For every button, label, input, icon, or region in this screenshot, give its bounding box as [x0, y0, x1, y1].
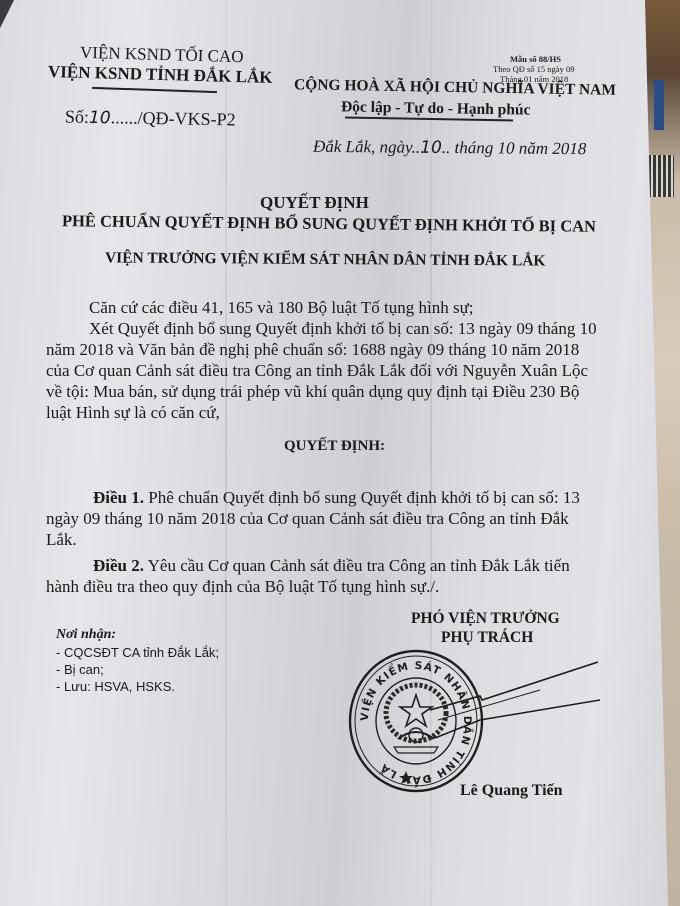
recipient-item: - CQCSĐT CA tỉnh Đắk Lắk; — [56, 645, 219, 660]
place-date-prefix: Đắk Lắk, ngày.. — [313, 137, 420, 157]
article-label: Điều 2. — [93, 556, 144, 575]
article-line: ngày 09 tháng 10 năm 2018 của Cơ quan Cả… — [46, 509, 569, 529]
article-text: Phê chuẩn Quyết định bổ sung Quyết định … — [144, 488, 580, 507]
decision-heading: QUYẾT ĐỊNH: — [284, 438, 385, 455]
document-page: VIỆN KSND TỐI CAO VIỆN KSND TỈNH ĐẮK LẮK… — [0, 0, 668, 906]
background-qr-code — [648, 155, 674, 197]
issuing-authority: VIỆN TRƯỞNG VIỆN KIỂM SÁT NHÂN DÂN TỈNH … — [105, 249, 546, 270]
preamble-line: của Cơ quan Cảnh sát điều tra Công an tỉ… — [46, 361, 588, 381]
number-handwritten: 10 — [89, 108, 111, 128]
preamble-line: Căn cứ các điều 41, 165 và 180 Bộ luật T… — [89, 298, 474, 318]
article-label: Điều 1. — [93, 488, 144, 507]
document-subtitle: PHÊ CHUẨN QUYẾT ĐỊNH BỔ SUNG QUYẾT ĐỊNH … — [62, 211, 596, 237]
article-line: Lắk. — [46, 530, 77, 550]
place-date: Đắk Lắk, ngày..10.. tháng 10 năm 2018 — [313, 137, 586, 159]
recipient-item: - Bị can; — [56, 662, 104, 677]
preamble-line: luật Hình sự là có căn cứ, — [46, 403, 220, 423]
number-prefix: Số: — [65, 107, 89, 127]
agency-underline — [92, 87, 217, 93]
signer-title: PHÓ VIỆN TRƯỞNG — [411, 610, 560, 628]
form-code: Mẫu số 88/HS — [510, 54, 561, 64]
background-object — [654, 80, 664, 130]
recipients-title: Nơi nhận: — [56, 627, 116, 643]
article-text: Yêu cầu Cơ quan Cảnh sát điều tra Công a… — [144, 556, 570, 575]
article-line: hành điều tra theo quy định của Bộ luật … — [46, 577, 439, 597]
place-date-suffix: .. tháng 10 năm 2018 — [442, 138, 587, 158]
preamble-line: về tội: Mua bán, sử dụng trái phép vũ kh… — [46, 382, 579, 402]
article-2: Điều 2. Yêu cầu Cơ quan Cảnh sát điều tr… — [93, 556, 570, 576]
document-title: QUYẾT ĐỊNH — [260, 193, 369, 213]
signer-name: Lê Quang Tiến — [460, 782, 563, 800]
document-number: Số:10....../QĐ-VKS-P2 — [65, 107, 236, 131]
form-reference: Theo QĐ số 15 ngày 09 — [493, 64, 574, 74]
article-1: Điều 1. Phê chuẩn Quyết định bổ sung Quy… — [93, 488, 580, 508]
preamble-line: Xét Quyết định bổ sung Quyết định khởi t… — [89, 319, 597, 339]
handwritten-signature — [420, 640, 600, 750]
place-date-day: 10 — [420, 138, 442, 158]
paper-fold — [225, 0, 227, 906]
preamble-line: năm 2018 và Văn bản đề nghị phê chuẩn số… — [46, 340, 579, 360]
number-suffix: ....../QĐ-VKS-P2 — [110, 107, 235, 129]
recipient-item: - Lưu: HSVA, HSKS. — [56, 679, 175, 694]
